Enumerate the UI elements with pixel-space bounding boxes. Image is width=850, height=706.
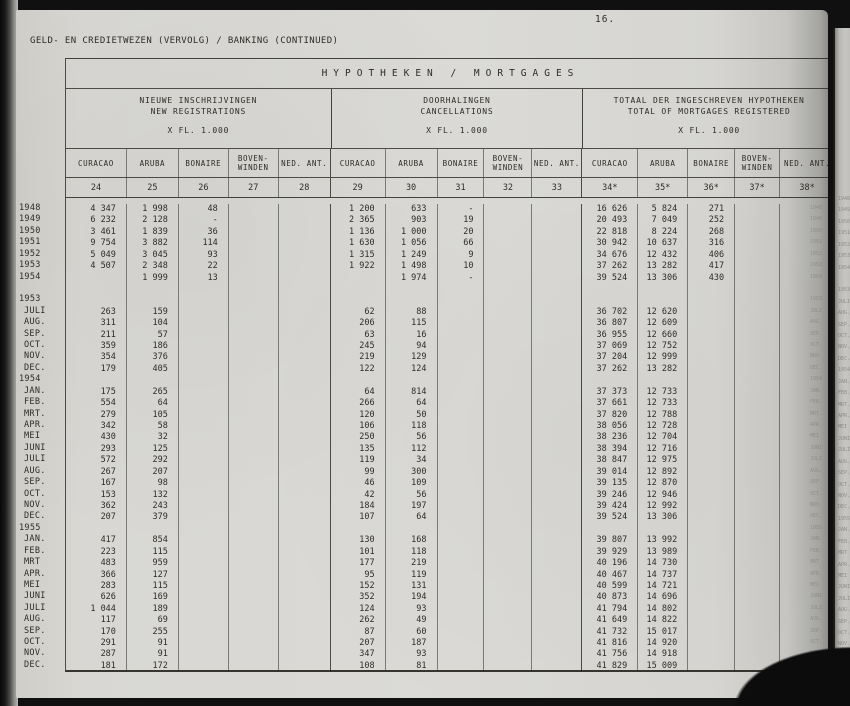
row-label: OCT. — [19, 340, 64, 351]
cell: 37 204 — [582, 352, 638, 363]
row-label: NOV. — [19, 351, 64, 362]
cell — [735, 535, 780, 546]
cell: 352 — [331, 592, 386, 603]
cell: 41 829 — [582, 661, 638, 672]
cell — [179, 570, 229, 581]
cell — [484, 592, 532, 603]
column-number: 35* — [638, 178, 688, 197]
cell — [688, 570, 735, 581]
cell — [735, 661, 780, 672]
cell — [735, 501, 780, 512]
cell — [66, 375, 127, 386]
cell: 37 069 — [582, 341, 638, 352]
row-label: DEC. — [19, 511, 64, 522]
cell — [66, 273, 127, 284]
cell: 2 365 — [331, 215, 386, 226]
cell: 64 — [331, 387, 386, 398]
row-label: 1949 — [19, 214, 64, 225]
cell — [532, 501, 582, 512]
cell: 342 — [66, 421, 127, 432]
ghost-label: OCT. — [838, 480, 850, 491]
cell: 37 661 — [582, 398, 638, 409]
row-label: JULI — [19, 603, 64, 614]
cell: 12 620 — [638, 307, 688, 318]
ghost-label: 1953 — [810, 294, 826, 305]
cell — [484, 204, 532, 215]
cell — [688, 352, 735, 363]
cell: 39 424 — [582, 501, 638, 512]
cell — [484, 352, 532, 363]
row-label — [19, 283, 64, 294]
table-row: 2791051205037 82012 788 — [66, 410, 828, 421]
cell — [532, 341, 582, 352]
cell: 12 752 — [638, 341, 688, 352]
cell: 95 — [331, 570, 386, 581]
cell — [229, 638, 279, 649]
cell — [438, 444, 485, 455]
ghost-label: JUNI — [810, 443, 826, 454]
cell: 12 733 — [638, 387, 688, 398]
cell: 15 009 — [638, 661, 688, 672]
cell — [484, 524, 532, 535]
cell — [532, 387, 582, 398]
cell — [229, 318, 279, 329]
cell — [484, 215, 532, 226]
cell: 16 — [386, 330, 438, 341]
cell: 417 — [688, 261, 735, 272]
cell — [279, 649, 331, 660]
cell — [484, 250, 532, 261]
cell — [179, 627, 229, 638]
table-row: 21157631636 95512 660 — [66, 330, 828, 341]
cell: 2 348 — [127, 261, 179, 272]
table-row — [66, 524, 828, 535]
ghost-label: SEP. — [810, 329, 826, 340]
cell: 1 000 — [386, 227, 438, 238]
column-number: 37* — [735, 178, 780, 197]
cell — [532, 330, 582, 341]
cell — [484, 410, 532, 421]
row-label: FEB. — [19, 546, 64, 557]
cell — [484, 432, 532, 443]
page: 16. GELD- EN CREDIETWEZEN (VERVOLG) / BA… — [16, 10, 828, 698]
cell — [438, 330, 485, 341]
ghost-label: 1953 — [838, 285, 850, 296]
cell: 207 — [66, 512, 127, 523]
cell: 300 — [386, 467, 438, 478]
table-row: 1 999131 974-39 52413 306430 — [66, 273, 828, 284]
cell: 1 315 — [331, 250, 386, 261]
cell — [179, 387, 229, 398]
ghost-label: APR. — [838, 560, 850, 571]
column-group-header: TOTAAL DER INGESCHREVEN HYPOTHEKENTOTAL … — [582, 89, 828, 148]
cell — [279, 592, 331, 603]
cell — [127, 524, 179, 535]
ghost-label: MRT — [810, 557, 826, 568]
cell — [279, 273, 331, 284]
cell — [735, 352, 780, 363]
cell: 57 — [127, 330, 179, 341]
cell: 189 — [127, 604, 179, 615]
cell — [735, 364, 780, 375]
cell — [532, 570, 582, 581]
cell — [484, 490, 532, 501]
cell: 186 — [127, 341, 179, 352]
ghost-label: 1954 — [810, 374, 826, 385]
ghost-label: NOV. — [810, 648, 826, 659]
cell — [735, 261, 780, 272]
column-header: BONAIRE — [438, 149, 485, 177]
cell: 66 — [438, 238, 485, 249]
cell: 39 524 — [582, 273, 638, 284]
ghost-label: 1953 — [838, 251, 850, 262]
cell: 6 232 — [66, 215, 127, 226]
cell — [229, 364, 279, 375]
ghost-label: 1953 — [810, 260, 826, 271]
cell: 42 — [331, 490, 386, 501]
cell — [735, 570, 780, 581]
cell — [735, 467, 780, 478]
cell — [279, 307, 331, 318]
cell — [279, 238, 331, 249]
cell: 22 818 — [582, 227, 638, 238]
ghost-label: 1952 — [838, 240, 850, 251]
table-row: 287913479341 75614 918 — [66, 649, 828, 660]
table-row: 17940512212437 26213 282 — [66, 364, 828, 375]
cell: 14 696 — [638, 592, 688, 603]
cell — [66, 524, 127, 535]
cell — [229, 250, 279, 261]
cell — [279, 398, 331, 409]
cell — [279, 615, 331, 626]
cell: 291 — [66, 638, 127, 649]
cell: 39 929 — [582, 547, 638, 558]
cell: 41 732 — [582, 627, 638, 638]
cell: 572 — [66, 455, 127, 466]
cell — [532, 284, 582, 295]
cell — [386, 524, 438, 535]
cell: 903 — [386, 215, 438, 226]
cell — [532, 215, 582, 226]
cell — [229, 330, 279, 341]
cell — [438, 307, 485, 318]
cell: 1 249 — [386, 250, 438, 261]
cell — [438, 592, 485, 603]
cell — [279, 490, 331, 501]
cell — [438, 295, 485, 306]
cell: 36 — [179, 227, 229, 238]
column-header: BONAIRE — [179, 149, 229, 177]
cell: 114 — [179, 238, 229, 249]
cell: 14 730 — [638, 558, 688, 569]
table-row: 3661279511940 46714 737 — [66, 570, 828, 581]
cell: 38 847 — [582, 455, 638, 466]
cell — [438, 615, 485, 626]
cell: 132 — [127, 490, 179, 501]
ghost-label: JAN. — [810, 386, 826, 397]
cell — [229, 421, 279, 432]
cell: 12 946 — [638, 490, 688, 501]
cell: 1 498 — [386, 261, 438, 272]
cell — [484, 478, 532, 489]
column-header: ARUBA — [638, 149, 688, 177]
cell — [735, 524, 780, 535]
row-label: NOV. — [19, 500, 64, 511]
row-label-column: 19481949195019511952195319541953JULIAUG.… — [19, 203, 64, 671]
ghost-label: OCT. — [838, 331, 850, 342]
cell: 184 — [331, 501, 386, 512]
cell: 12 609 — [638, 318, 688, 329]
row-label: 1951 — [19, 237, 64, 248]
row-label: MEI — [19, 431, 64, 442]
cell — [279, 375, 331, 386]
cell: 12 432 — [638, 250, 688, 261]
cell: 34 676 — [582, 250, 638, 261]
cell — [735, 284, 780, 295]
cell — [279, 661, 331, 672]
cell: 12 733 — [638, 398, 688, 409]
table-row: 22311510111839 92913 989 — [66, 547, 828, 558]
page-number: 16. — [595, 14, 615, 25]
table-row — [66, 375, 828, 386]
cell: 20 — [438, 227, 485, 238]
ghost-label: JULI — [810, 603, 826, 614]
row-label: SEP. — [19, 626, 64, 637]
cell: 12 870 — [638, 478, 688, 489]
cell — [279, 524, 331, 535]
cell — [229, 295, 279, 306]
cell: - — [438, 204, 485, 215]
ghost-label: DEC. — [810, 660, 826, 671]
ghost-label: FEB. — [810, 546, 826, 557]
ghost-label: 1949 — [838, 205, 850, 216]
cell — [438, 352, 485, 363]
cell: 9 754 — [66, 238, 127, 249]
cell: 115 — [127, 547, 179, 558]
cell: 93 — [386, 604, 438, 615]
cell: 311 — [66, 318, 127, 329]
cell: 38 394 — [582, 444, 638, 455]
cell — [688, 581, 735, 592]
cell — [735, 398, 780, 409]
cell: 41 816 — [582, 638, 638, 649]
cell — [179, 421, 229, 432]
cell: 207 — [127, 467, 179, 478]
cell: 125 — [127, 444, 179, 455]
row-label: 1953 — [19, 260, 64, 271]
cell — [279, 535, 331, 546]
ghost-label: JAN. — [838, 377, 850, 388]
cell — [279, 512, 331, 523]
cell: 267 — [66, 467, 127, 478]
cell: 245 — [331, 341, 386, 352]
cell — [229, 661, 279, 672]
table-row: 35437621912937 20412 999 — [66, 352, 828, 363]
cell — [735, 490, 780, 501]
cell — [532, 204, 582, 215]
cell — [179, 398, 229, 409]
ghost-label: MEI — [810, 431, 826, 442]
group-unit: X FL. 1.000 — [66, 126, 331, 135]
cell — [735, 478, 780, 489]
cell: 38 236 — [582, 432, 638, 443]
row-label: JULI — [19, 454, 64, 465]
cell — [735, 432, 780, 443]
ghost-label: NOV. — [838, 342, 850, 353]
ghost-label: OCT. — [810, 637, 826, 648]
column-header: NED. ANT. — [532, 149, 582, 177]
cell — [735, 238, 780, 249]
ghost-label: OCT. — [810, 489, 826, 500]
cell: 633 — [386, 204, 438, 215]
ghost-label: MEI — [838, 422, 850, 433]
ghost-label: OCT. — [810, 340, 826, 351]
cell: 36 955 — [582, 330, 638, 341]
cell — [229, 375, 279, 386]
cell — [179, 318, 229, 329]
cell: 48 — [179, 204, 229, 215]
ghost-label: MRT. — [838, 400, 850, 411]
table-row: 170255876041 73215 017 — [66, 627, 828, 638]
scanned-book-page: 16. GELD- EN CREDIETWEZEN (VERVOLG) / BA… — [0, 0, 850, 706]
cell: 271 — [688, 204, 735, 215]
cell — [638, 284, 688, 295]
cell — [386, 284, 438, 295]
cell — [179, 592, 229, 603]
ghost-label: SEP. — [810, 477, 826, 488]
cell — [735, 455, 780, 466]
cell — [735, 341, 780, 352]
column-header: CURACAO — [331, 149, 386, 177]
ghost-label: AUG. — [810, 466, 826, 477]
cell — [532, 318, 582, 329]
row-label: AUG. — [19, 317, 64, 328]
ghost-label: DEC. — [838, 502, 850, 513]
table-row: 29312513511238 39412 716 — [66, 444, 828, 455]
cell: 37 262 — [582, 364, 638, 375]
cell — [688, 604, 735, 615]
cell: 3 882 — [127, 238, 179, 249]
table-row: 430322505638 23612 704 — [66, 432, 828, 443]
cell — [735, 204, 780, 215]
cell — [735, 604, 780, 615]
group-title-dutch: TOTAAL DER INGESCHREVEN HYPOTHEKEN — [583, 96, 828, 107]
cell — [229, 444, 279, 455]
cell — [532, 615, 582, 626]
cell: 64 — [386, 398, 438, 409]
ghost-label: OCT. — [838, 628, 850, 639]
group-title-english: TOTAL OF MORTGAGES REGISTERED — [583, 107, 828, 118]
column-number: 29 — [331, 178, 386, 197]
cell — [229, 592, 279, 603]
column-header: BONAIRE — [688, 149, 735, 177]
adjacent-page-edge: 19481949195019511952195319541953JULIAUG.… — [833, 28, 850, 688]
cell — [279, 410, 331, 421]
cell: 39 524 — [582, 512, 638, 523]
cell — [229, 410, 279, 421]
column-number: 28 — [279, 178, 331, 197]
cell: 243 — [127, 501, 179, 512]
table-row — [66, 284, 828, 295]
cell — [179, 455, 229, 466]
cell — [438, 387, 485, 398]
row-label: FEB. — [19, 397, 64, 408]
column-header: ARUBA — [386, 149, 438, 177]
ghost-label — [838, 274, 850, 285]
ghost-label: 1949 — [810, 214, 826, 225]
cell — [229, 238, 279, 249]
table-row: 31110420611536 80712 609 — [66, 318, 828, 329]
cell: 39 807 — [582, 535, 638, 546]
cell: 32 — [127, 432, 179, 443]
cell: 36 807 — [582, 318, 638, 329]
cell — [532, 227, 582, 238]
cell — [179, 375, 229, 386]
cell — [532, 581, 582, 592]
cell — [438, 512, 485, 523]
cell: 69 — [127, 615, 179, 626]
cell — [279, 215, 331, 226]
cell: 263 — [66, 307, 127, 318]
ghost-label: 1951 — [838, 228, 850, 239]
cell — [532, 558, 582, 569]
cell — [532, 432, 582, 443]
cell — [229, 273, 279, 284]
cell — [438, 421, 485, 432]
cell: 41 649 — [582, 615, 638, 626]
cell — [229, 501, 279, 512]
cell — [279, 204, 331, 215]
group-title-english: CANCELLATIONS — [332, 107, 583, 118]
cell — [735, 387, 780, 398]
cell: 854 — [127, 535, 179, 546]
ghost-label: MEI — [810, 580, 826, 591]
cell — [438, 490, 485, 501]
cell — [179, 410, 229, 421]
column-header: ARUBA — [127, 149, 179, 177]
cell — [735, 318, 780, 329]
ghost-label: DEC. — [838, 354, 850, 365]
group-title-dutch: NIEUWE INSCHRIJVINGEN — [66, 96, 331, 107]
cell — [179, 478, 229, 489]
cell — [688, 364, 735, 375]
cell — [331, 524, 386, 535]
cell: 38 056 — [582, 421, 638, 432]
cell — [532, 604, 582, 615]
cell — [735, 547, 780, 558]
cell: 91 — [127, 649, 179, 660]
cell — [735, 421, 780, 432]
cell — [532, 250, 582, 261]
cell — [179, 295, 229, 306]
cell — [532, 547, 582, 558]
cell: 14 918 — [638, 649, 688, 660]
cell: 376 — [127, 352, 179, 363]
cell — [229, 284, 279, 295]
group-header-row: NIEUWE INSCHRIJVINGENNEW REGISTRATIONSX … — [66, 89, 828, 149]
cell — [532, 398, 582, 409]
cell — [688, 592, 735, 603]
ghost-label — [810, 283, 826, 294]
cell: 87 — [331, 627, 386, 638]
cell — [484, 273, 532, 284]
cell — [735, 512, 780, 523]
cell — [229, 307, 279, 318]
group-unit: X FL. 1.000 — [332, 126, 583, 135]
cell — [688, 284, 735, 295]
cell: 41 756 — [582, 649, 638, 660]
cell: 2 128 — [127, 215, 179, 226]
